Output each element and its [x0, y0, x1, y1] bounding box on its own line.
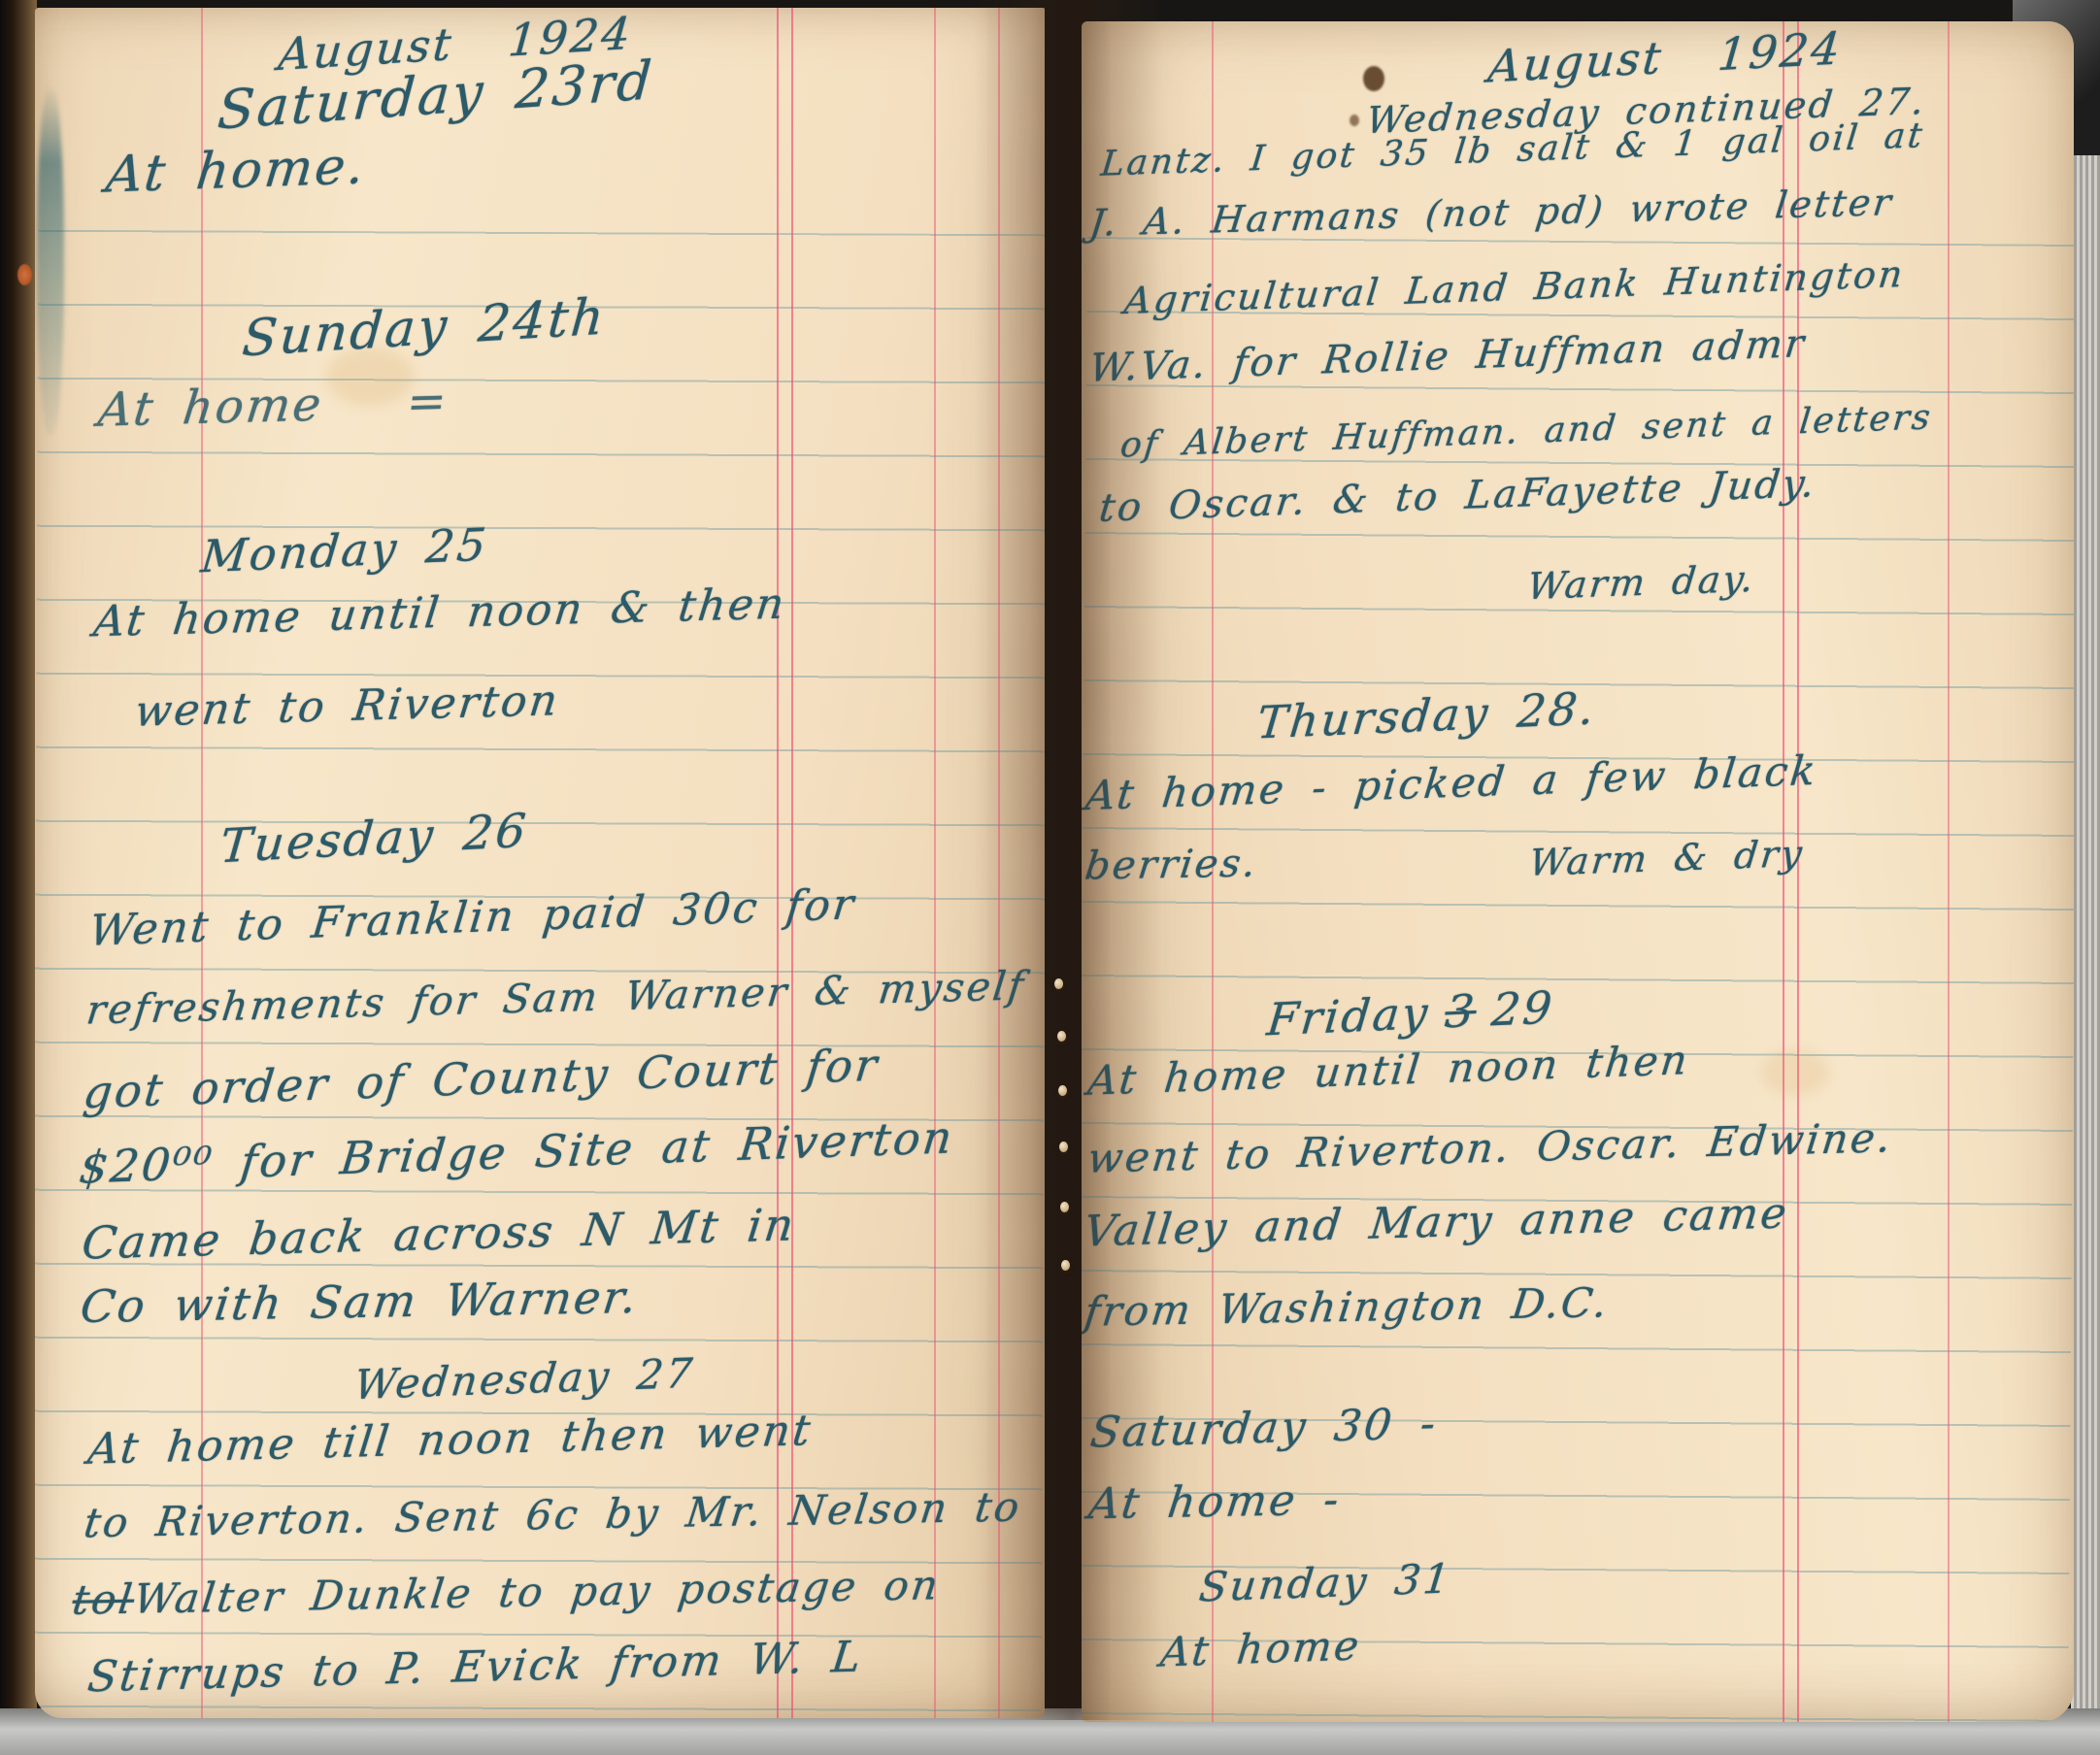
diary-line: At home = [95, 374, 451, 437]
paper-stain [1350, 115, 1359, 126]
diary-line: At home - [1086, 1475, 1344, 1530]
stitch-hole [1057, 1031, 1066, 1042]
diary-line: Co with Sam Warner. [78, 1271, 642, 1333]
column-line [1948, 21, 1950, 1722]
paper-stain [1363, 66, 1384, 91]
ink-spot [17, 264, 32, 285]
month-year-header: August 1924 [1486, 22, 1845, 93]
weather-note: Warm day. [1525, 557, 1757, 608]
stitch-hole [1061, 1260, 1070, 1271]
heading-text: Friday [1265, 986, 1433, 1045]
ink-smear [37, 85, 64, 435]
diary-line: J. A. Harmans (not pd) wrote letter [1087, 181, 1895, 245]
diary-line: from Washington D.C. [1082, 1278, 1612, 1335]
heading-number: 29 [1489, 981, 1556, 1037]
column-line [998, 8, 1000, 1718]
stitch-hole [1059, 1142, 1068, 1152]
column-line [777, 8, 779, 1718]
column-line [791, 8, 793, 1718]
diary-line: berries. [1083, 841, 1260, 888]
diary-photo: August 1924 Saturday 23rd At home. Sunda… [0, 0, 2100, 1755]
diary-line: At home [1158, 1621, 1363, 1675]
stitch-hole [1058, 1085, 1067, 1096]
diary-line: At home. [103, 137, 369, 204]
stitch-hole [1060, 1202, 1069, 1212]
entry-heading: Sunday 31 [1197, 1554, 1454, 1610]
page-stack-right-edge [2071, 25, 2100, 1720]
crossed-out-word: tol [70, 1575, 137, 1624]
stitch-hole [1054, 978, 1063, 989]
diary-page-left: August 1924 Saturday 23rd At home. Sunda… [35, 8, 1045, 1718]
entry-heading: Saturday 30 - [1087, 1399, 1440, 1457]
diary-page-right: August 1924 Wednesday continued 27. Lant… [1082, 21, 2074, 1722]
page-stack-left-edge [0, 0, 37, 1738]
crossed-out-number: 3 [1443, 984, 1479, 1038]
column-line [934, 8, 936, 1718]
